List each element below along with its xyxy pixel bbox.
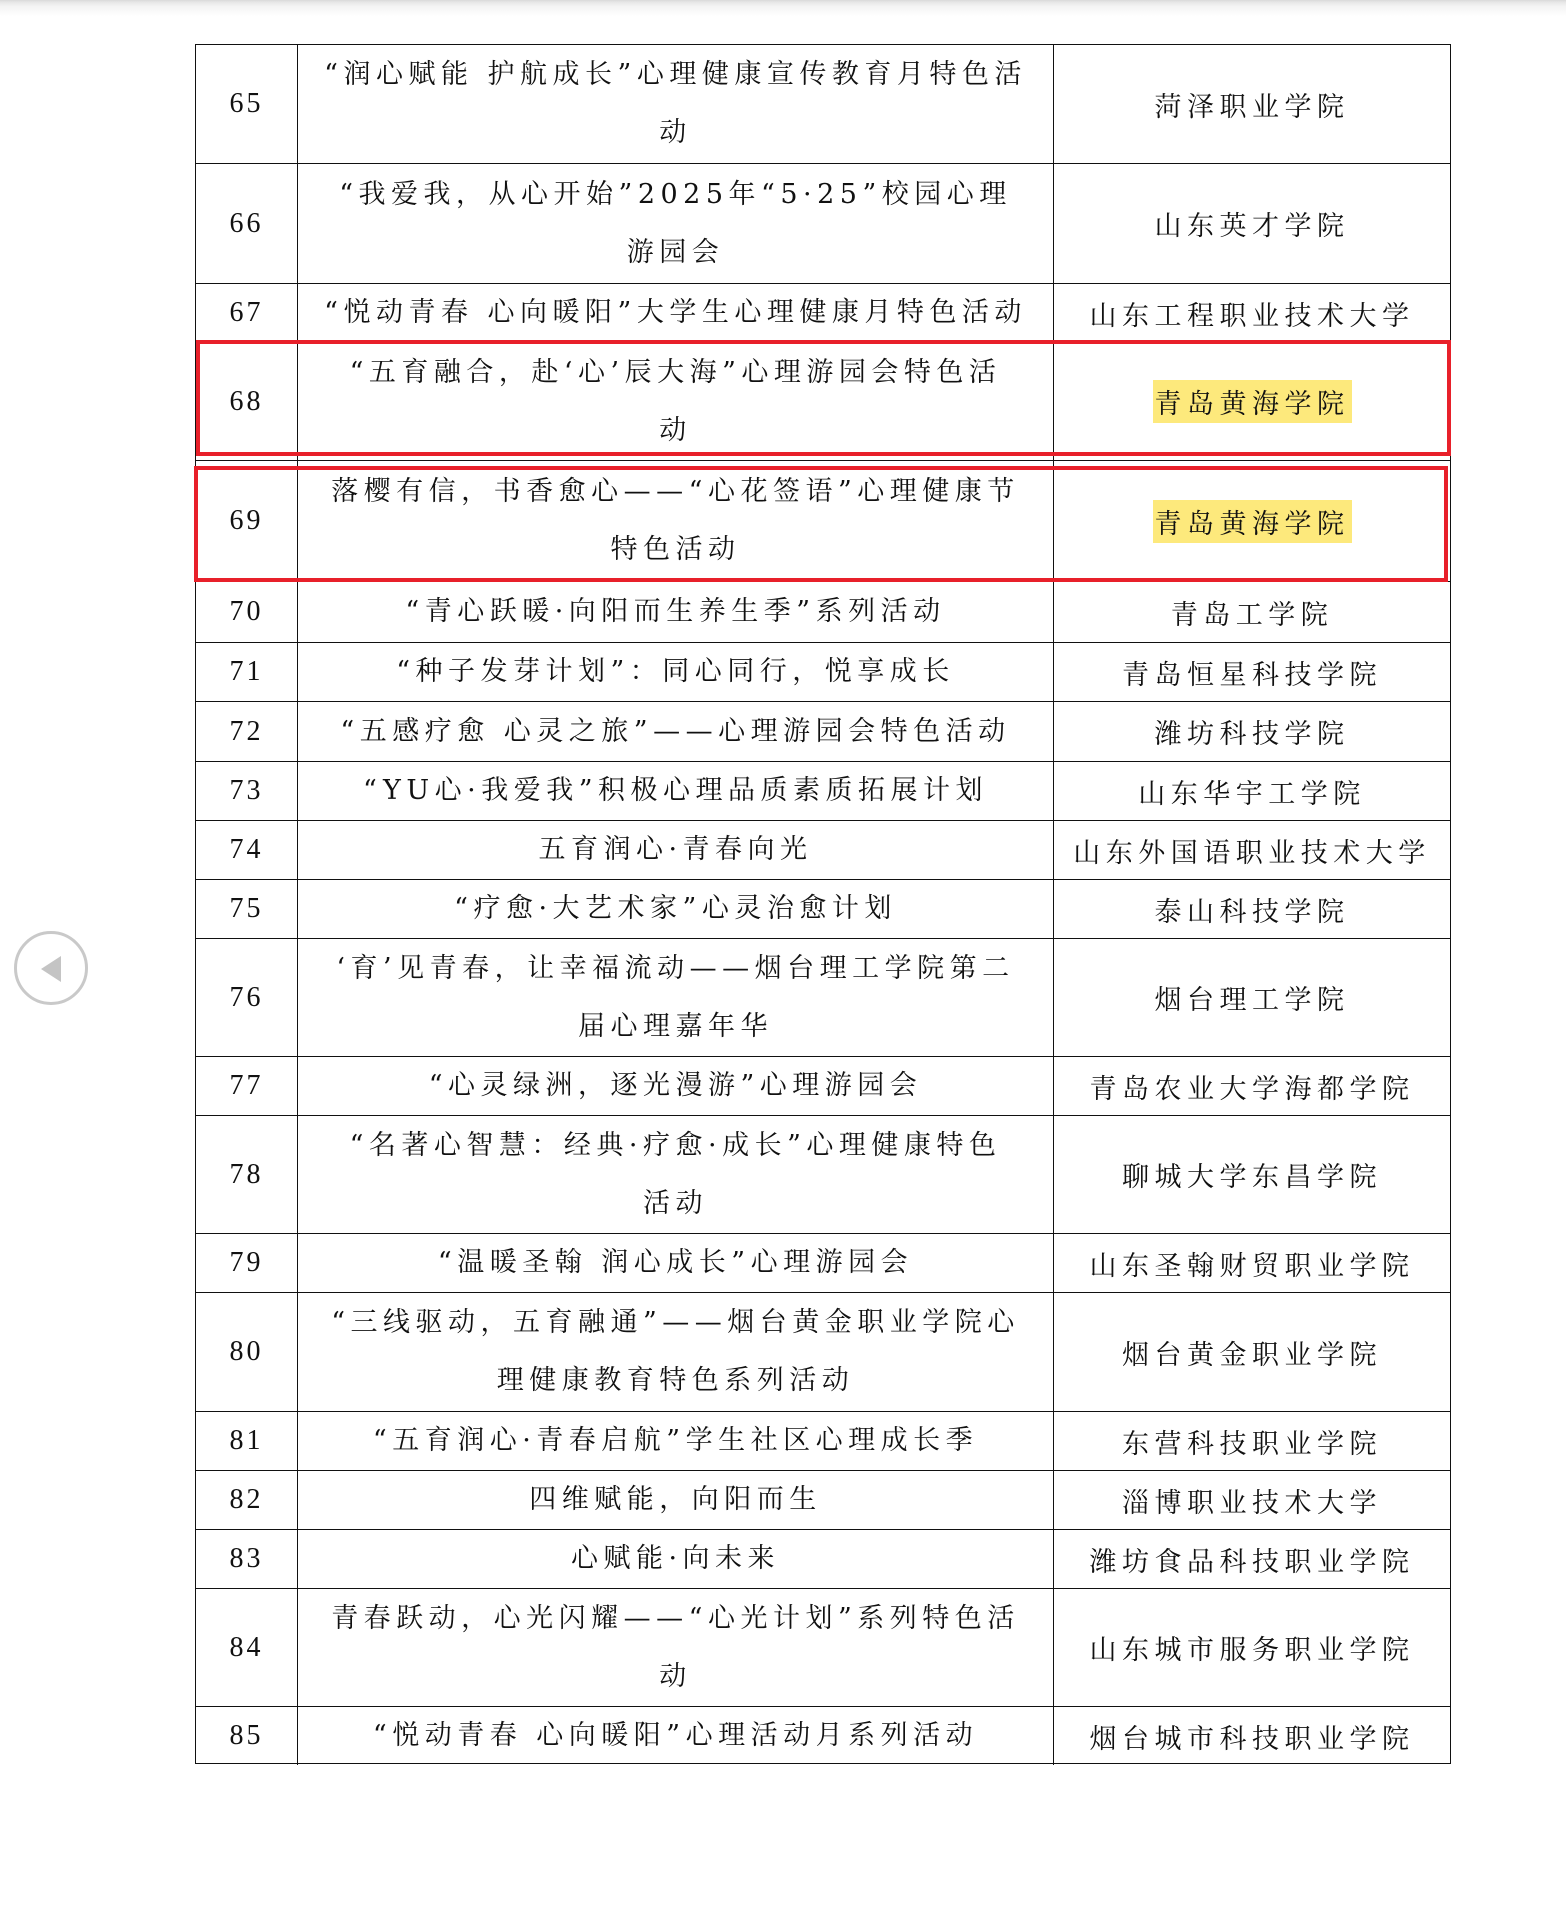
school-name: 聊城大学东昌学院: [1120, 1153, 1384, 1196]
activity-name-line: 游园会: [627, 224, 725, 282]
school-name-cell: 青岛黄海学院: [1054, 343, 1450, 460]
row-number: 73: [196, 762, 298, 820]
table-row: 66“我爱我，从心开始”2025年“5·25”校园心理游园会山东英才学院: [196, 163, 1450, 283]
activity-name-line: “五育融合，赴‘心’辰大海”心理游园会特色活: [350, 344, 1002, 402]
table-row: 79“温暖圣翰 润心成长”心理游园会山东圣翰财贸职业学院: [196, 1233, 1450, 1292]
activity-name: “悦动青春 心向暖阳”心理活动月系列活动: [298, 1707, 1054, 1765]
left-triangle-icon: [41, 956, 61, 982]
school-name-cell: 烟台黄金职业学院: [1054, 1293, 1450, 1411]
activity-name: “种子发芽计划”：同心同行，悦享成长: [298, 643, 1054, 701]
table-row: 73“YU心·我爱我”积极心理品质素质拓展计划山东华宇工学院: [196, 761, 1450, 820]
school-name: 青岛农业大学海都学院: [1088, 1065, 1417, 1108]
activity-name: “名著心智慧：经典·疗愈·成长”心理健康特色活动: [298, 1116, 1054, 1233]
school-name: 泰山科技学院: [1153, 888, 1352, 931]
activity-name-line: “悦动青春 心向暖阳”心理活动月系列活动: [373, 1707, 978, 1765]
table-row: 65“润心赋能 护航成长”心理健康宣传教育月特色活动菏泽职业学院: [196, 45, 1450, 163]
school-name: 青岛工学院: [1169, 591, 1336, 634]
table-row: 67“悦动青春 心向暖阳”大学生心理健康月特色活动山东工程职业技术大学: [196, 283, 1450, 342]
highlighted-school-name: 青岛黄海学院: [1153, 500, 1352, 543]
school-name: 山东圣翰财贸职业学院: [1088, 1242, 1417, 1285]
row-number: 67: [196, 284, 298, 342]
activity-name-line: 动: [659, 104, 692, 162]
activity-name-line: “五育润心·青春启航”学生社区心理成长季: [373, 1412, 978, 1470]
activity-name-line: 落樱有信，书香愈心——“心花签语”心理健康节: [331, 463, 1020, 521]
row-number: 65: [196, 45, 298, 163]
activity-name: 四维赋能，向阳而生: [298, 1471, 1054, 1529]
activity-name-line: ‘育’见青春，让幸福流动——烟台理工学院第二: [336, 940, 1014, 998]
activity-name: “温暖圣翰 润心成长”心理游园会: [298, 1234, 1054, 1292]
school-name: 山东外国语职业技术大学: [1071, 829, 1433, 872]
activity-name-line: “名著心智慧：经典·疗愈·成长”心理健康特色: [350, 1117, 1002, 1175]
activity-name-line: “温暖圣翰 润心成长”心理游园会: [438, 1234, 913, 1292]
school-name-cell: 聊城大学东昌学院: [1054, 1116, 1450, 1233]
activity-name-line: 动: [659, 402, 692, 460]
row-number: 75: [196, 880, 298, 938]
school-name: 青岛恒星科技学院: [1120, 651, 1384, 694]
table-row: 85“悦动青春 心向暖阳”心理活动月系列活动烟台城市科技职业学院: [196, 1706, 1450, 1765]
row-number: 72: [196, 702, 298, 761]
table-row: 69落樱有信，书香愈心——“心花签语”心理健康节特色活动青岛黄海学院: [196, 460, 1450, 581]
activity-name: “五育润心·青春启航”学生社区心理成长季: [298, 1412, 1054, 1470]
school-name-cell: 烟台城市科技职业学院: [1054, 1707, 1450, 1765]
activity-name-line: 动: [659, 1648, 692, 1706]
school-name: 潍坊科技学院: [1153, 710, 1352, 753]
activity-name: “心灵绿洲，逐光漫游”心理游园会: [298, 1057, 1054, 1115]
school-name-cell: 潍坊科技学院: [1054, 702, 1450, 761]
activity-name-line: “悦动青春 心向暖阳”大学生心理健康月特色活动: [324, 284, 1027, 342]
school-name-cell: 烟台理工学院: [1054, 939, 1450, 1056]
row-number: 76: [196, 939, 298, 1056]
activity-name-line: 青春跃动，心光闪耀——“心光计划”系列特色活: [331, 1590, 1020, 1648]
row-number: 79: [196, 1234, 298, 1292]
school-name-cell: 青岛工学院: [1054, 582, 1450, 642]
activity-name-line: “种子发芽计划”：同心同行，悦享成长: [396, 643, 955, 701]
activity-name: “疗愈·大艺术家”心灵治愈计划: [298, 880, 1054, 938]
activity-name: 五育润心·青春向光: [298, 821, 1054, 879]
table-row: 68“五育融合，赴‘心’辰大海”心理游园会特色活动青岛黄海学院: [196, 342, 1450, 460]
activity-name-line: 活动: [643, 1175, 708, 1233]
school-name-cell: 山东英才学院: [1054, 164, 1450, 283]
activity-name: 心赋能·向未来: [298, 1530, 1054, 1588]
activity-name-line: “三线驱动，五育融通”——烟台黄金职业学院心: [331, 1294, 1020, 1352]
row-number: 66: [196, 164, 298, 283]
activity-name-line: 特色活动: [611, 521, 741, 579]
row-number: 83: [196, 1530, 298, 1588]
activity-name-line: “润心赋能 护航成长”心理健康宣传教育月特色活: [324, 46, 1027, 104]
school-name: 烟台理工学院: [1153, 976, 1352, 1019]
row-number: 68: [196, 343, 298, 460]
activity-name: “悦动青春 心向暖阳”大学生心理健康月特色活动: [298, 284, 1054, 342]
activity-name: 落樱有信，书香愈心——“心花签语”心理健康节特色活动: [298, 461, 1054, 581]
table-row: 82四维赋能，向阳而生淄博职业技术大学: [196, 1470, 1450, 1529]
row-number: 84: [196, 1589, 298, 1706]
school-name-cell: 青岛恒星科技学院: [1054, 643, 1450, 701]
row-number: 70: [196, 582, 298, 642]
activity-name: “五感疗愈 心灵之旅”——心理游园会特色活动: [298, 702, 1054, 761]
school-name-cell: 山东外国语职业技术大学: [1054, 821, 1450, 879]
school-name-cell: 青岛黄海学院: [1054, 461, 1450, 581]
activity-name-line: “心灵绿洲，逐光漫游”心理游园会: [429, 1057, 923, 1115]
activity-name: “YU心·我爱我”积极心理品质素质拓展计划: [298, 762, 1054, 820]
row-number: 71: [196, 643, 298, 701]
row-number: 85: [196, 1707, 298, 1765]
school-name-cell: 山东华宇工学院: [1054, 762, 1450, 820]
table-row: 76‘育’见青春，让幸福流动——烟台理工学院第二届心理嘉年华烟台理工学院: [196, 938, 1450, 1056]
row-number: 82: [196, 1471, 298, 1529]
school-name-cell: 菏泽职业学院: [1054, 45, 1450, 163]
school-name-cell: 泰山科技学院: [1054, 880, 1450, 938]
school-name: 山东英才学院: [1153, 202, 1352, 245]
school-name: 山东城市服务职业学院: [1088, 1626, 1417, 1669]
school-name: 山东工程职业技术大学: [1088, 292, 1417, 335]
school-name-cell: 山东工程职业技术大学: [1054, 284, 1450, 342]
activity-name: 青春跃动，心光闪耀——“心光计划”系列特色活动: [298, 1589, 1054, 1706]
row-number: 69: [196, 461, 298, 581]
row-number: 80: [196, 1293, 298, 1411]
activity-name: “青心跃暖·向阳而生养生季”系列活动: [298, 582, 1054, 642]
table-row: 74五育润心·青春向光山东外国语职业技术大学: [196, 820, 1450, 879]
activity-name-line: “青心跃暖·向阳而生养生季”系列活动: [405, 583, 945, 641]
viewer-top-shadow: [0, 0, 1566, 16]
activity-name-line: 理健康教育特色系列活动: [497, 1352, 855, 1410]
table-row: 71“种子发芽计划”：同心同行，悦享成长青岛恒星科技学院: [196, 642, 1450, 701]
highlighted-school-name: 青岛黄海学院: [1153, 380, 1352, 423]
school-name-cell: 潍坊食品科技职业学院: [1054, 1530, 1450, 1588]
activity-name: “五育融合，赴‘心’辰大海”心理游园会特色活动: [298, 343, 1054, 460]
table-row: 72“五感疗愈 心灵之旅”——心理游园会特色活动潍坊科技学院: [196, 701, 1450, 761]
row-number: 81: [196, 1412, 298, 1470]
school-name-cell: 淄博职业技术大学: [1054, 1471, 1450, 1529]
activity-name: “润心赋能 护航成长”心理健康宣传教育月特色活动: [298, 45, 1054, 163]
table-row: 70“青心跃暖·向阳而生养生季”系列活动青岛工学院: [196, 581, 1450, 642]
school-name-cell: 东营科技职业学院: [1054, 1412, 1450, 1470]
activity-name-line: 届心理嘉年华: [578, 998, 773, 1056]
table-row: 83心赋能·向未来潍坊食品科技职业学院: [196, 1529, 1450, 1588]
row-number: 74: [196, 821, 298, 879]
activity-name-line: 五育润心·青春向光: [538, 821, 812, 879]
school-name-cell: 山东圣翰财贸职业学院: [1054, 1234, 1450, 1292]
table-row: 84青春跃动，心光闪耀——“心光计划”系列特色活动山东城市服务职业学院: [196, 1588, 1450, 1706]
activity-name-line: “YU心·我爱我”积极心理品质素质拓展计划: [363, 762, 988, 820]
school-name: 淄博职业技术大学: [1120, 1479, 1384, 1522]
table-row: 80“三线驱动，五育融通”——烟台黄金职业学院心理健康教育特色系列活动烟台黄金职…: [196, 1292, 1450, 1411]
activity-name-line: “我爱我，从心开始”2025年“5·25”校园心理: [339, 166, 1012, 224]
row-number: 77: [196, 1057, 298, 1115]
award-list-table: 65“润心赋能 护航成长”心理健康宣传教育月特色活动菏泽职业学院66“我爱我，从…: [195, 44, 1451, 1764]
activity-name: “三线驱动，五育融通”——烟台黄金职业学院心理健康教育特色系列活动: [298, 1293, 1054, 1411]
school-name: 烟台黄金职业学院: [1120, 1331, 1384, 1374]
activity-name: “我爱我，从心开始”2025年“5·25”校园心理游园会: [298, 164, 1054, 283]
table-row: 75“疗愈·大艺术家”心灵治愈计划泰山科技学院: [196, 879, 1450, 938]
activity-name-line: “疗愈·大艺术家”心灵治愈计划: [454, 880, 897, 938]
activity-name: ‘育’见青春，让幸福流动——烟台理工学院第二届心理嘉年华: [298, 939, 1054, 1056]
previous-page-button[interactable]: [14, 931, 88, 1005]
school-name: 烟台城市科技职业学院: [1088, 1715, 1417, 1758]
school-name: 山东华宇工学院: [1136, 770, 1368, 813]
school-name-cell: 山东城市服务职业学院: [1054, 1589, 1450, 1706]
table-row: 78“名著心智慧：经典·疗愈·成长”心理健康特色活动聊城大学东昌学院: [196, 1115, 1450, 1233]
school-name: 菏泽职业学院: [1153, 83, 1352, 126]
school-name: 东营科技职业学院: [1120, 1420, 1384, 1463]
table-row: 81“五育润心·青春启航”学生社区心理成长季东营科技职业学院: [196, 1411, 1450, 1470]
activity-name-line: 心赋能·向未来: [571, 1530, 780, 1588]
school-name-cell: 青岛农业大学海都学院: [1054, 1057, 1450, 1115]
row-number: 78: [196, 1116, 298, 1233]
table-row: 77“心灵绿洲，逐光漫游”心理游园会青岛农业大学海都学院: [196, 1056, 1450, 1115]
school-name: 潍坊食品科技职业学院: [1088, 1538, 1417, 1581]
activity-name-line: “五感疗愈 心灵之旅”——心理游园会特色活动: [340, 703, 1010, 761]
activity-name-line: 四维赋能，向阳而生: [529, 1471, 822, 1529]
